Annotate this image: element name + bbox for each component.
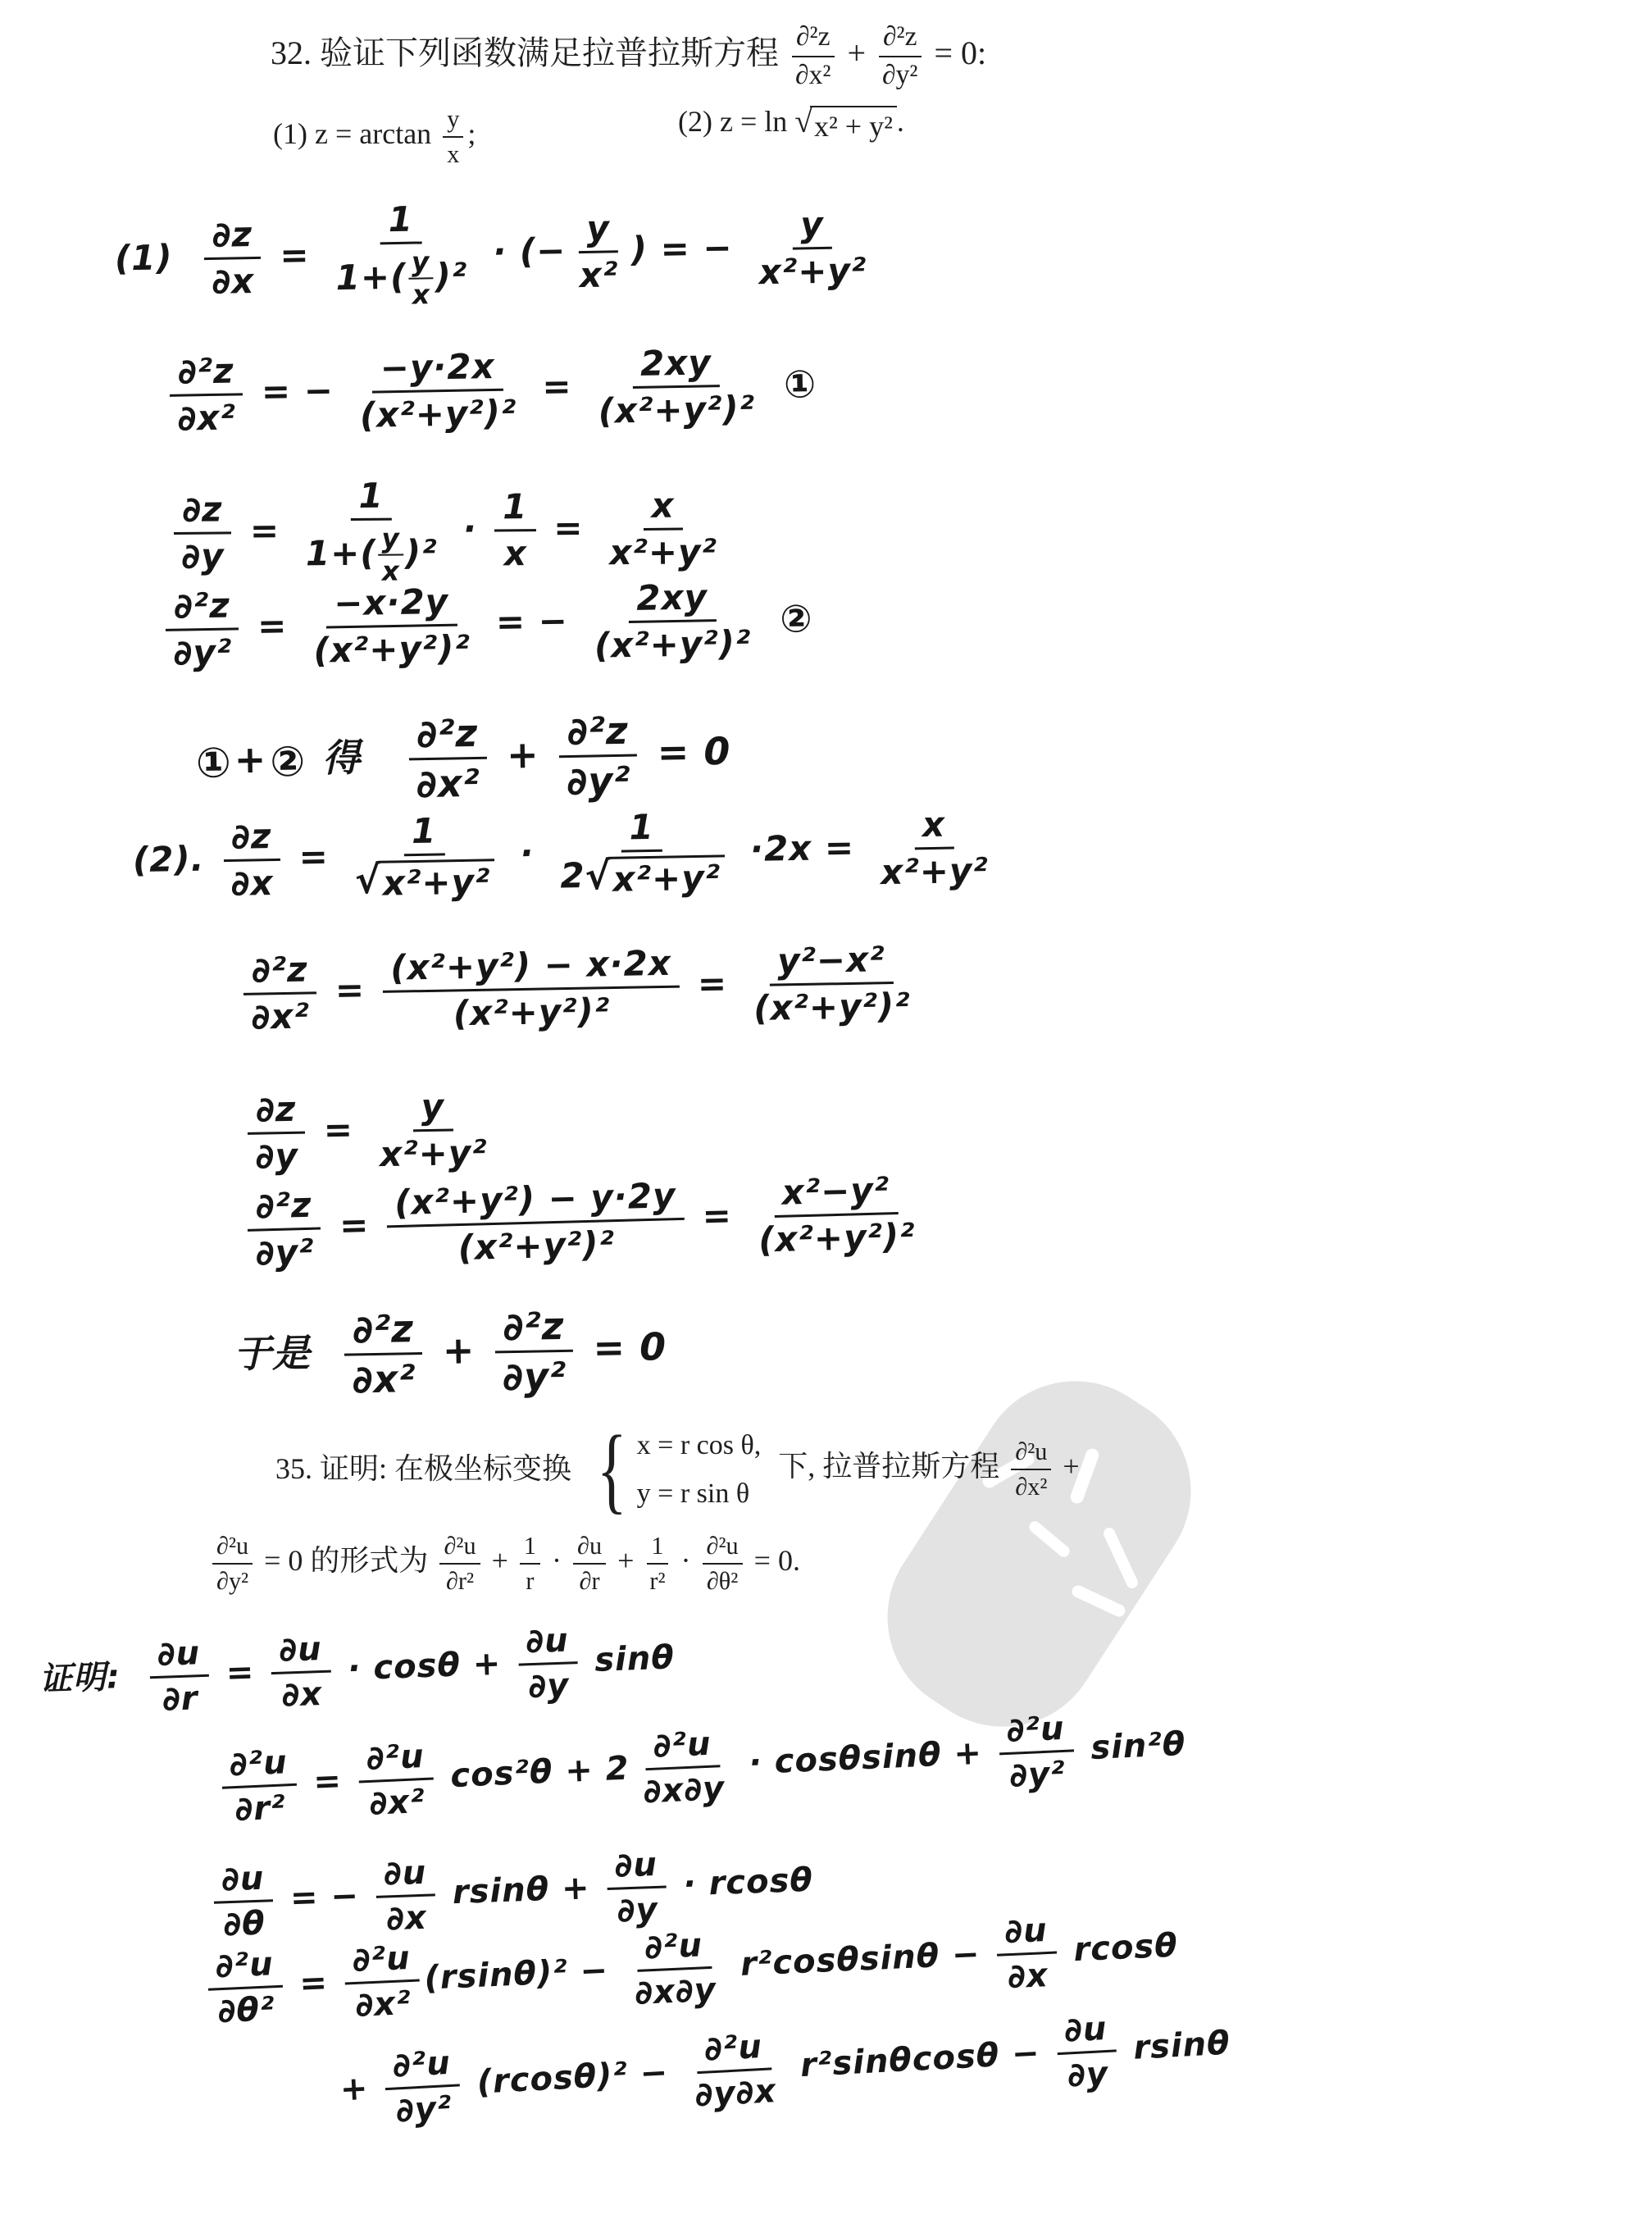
- watermark-glyph: [1132, 1584, 1175, 1638]
- system-eq-y: y = r sin θ: [637, 1478, 762, 1510]
- system-eq-x: x = r cos θ,: [637, 1429, 762, 1461]
- hw-part2-second-partial-y: ∂²z∂y² = (x²+y²) − y·2y(x²+y²)² = x²−y²(…: [241, 1171, 929, 1272]
- problem-35-intro: 35. 证明: 在极坐标变换: [275, 1452, 579, 1486]
- hw-part1-conclusion: ①+② 得 ∂²z∂x² + ∂²z∂y² = 0: [192, 709, 731, 809]
- problem-35-statement-line1: 35. 证明: 在极坐标变换 { x = r cos θ, y = r sin …: [275, 1428, 1080, 1510]
- hw-part2-first-partial-x: (2). ∂z∂x = 1√x²+y² · 12√x²+y² ·2x = xx²…: [132, 804, 1002, 907]
- hw-part1-second-partial-y: ∂²z∂y² = −x·2y(x²+y²)² = − 2xy(x²+y²)² ②: [159, 577, 816, 672]
- notebook-page: 32. 验证下列函数满足拉普拉斯方程 ∂²z∂x² + ∂²z∂y² = 0: …: [0, 0, 1652, 2214]
- hw-part2-first-partial-y: ∂z∂y = yx²+y²: [241, 1088, 501, 1176]
- problem-32-item-2: (2) z = ln √x² + y².: [678, 105, 904, 143]
- watermark-glyph: [1102, 1526, 1140, 1590]
- hw-part2-second-partial-x: ∂²z∂x² = (x²+y²) − x·2x(x²+y²)² = y²−x²(…: [237, 941, 924, 1036]
- polar-transform-system: { x = r cos θ, y = r sin θ: [589, 1428, 761, 1510]
- watermark-glyph: [1027, 1519, 1072, 1559]
- problem-32-statement: 32. 验证下列函数满足拉普拉斯方程 ∂²z∂x² + ∂²z∂y² = 0:: [271, 21, 986, 91]
- hw-proof-d2u-dtheta2-cont: + ∂²u∂y² (rcosθ)² − ∂²u∂y∂x r²sinθcosθ −…: [338, 2005, 1232, 2131]
- hw-part1-first-partial-x: (1) ∂z∂x = 11+(yx)² · (−yx²) = − yx²+y²: [114, 194, 881, 315]
- hw-part1-second-partial-x: ∂²z∂x² = − −y·2x(x²+y²)² = 2xy(x²+y²)² ①: [163, 343, 820, 437]
- problem-35-mid: 下, 拉普拉斯方程 ∂²u∂x² +: [771, 1437, 1079, 1501]
- hw-proof-d2u-dr2: ∂²u∂r² = ∂²u∂x² cos²θ + 2∂²u∂x∂y · cosθs…: [216, 1706, 1188, 1827]
- watermark-glyph: [1070, 1583, 1127, 1619]
- hw-part2-conclusion: 于是 ∂²z∂x² + ∂²z∂y² = 0: [233, 1305, 667, 1402]
- watermark-band: [850, 1343, 1229, 1764]
- hw-proof-du-dr: 证明: ∂u∂r = ∂u∂x · cosθ + ∂u∂y sinθ: [38, 1619, 676, 1721]
- problem-35-statement-line2: ∂²u∂y² = 0 的形式为 ∂²u∂r² + 1r · ∂u∂r + 1r²…: [208, 1532, 800, 1596]
- system-brace: {: [597, 1428, 627, 1510]
- problem-32-item-1: (1) z = arctan yx;: [273, 105, 476, 169]
- hw-part1-first-partial-y: ∂z∂y = 11+(yx)² · 1x = xx²+y²: [167, 475, 730, 588]
